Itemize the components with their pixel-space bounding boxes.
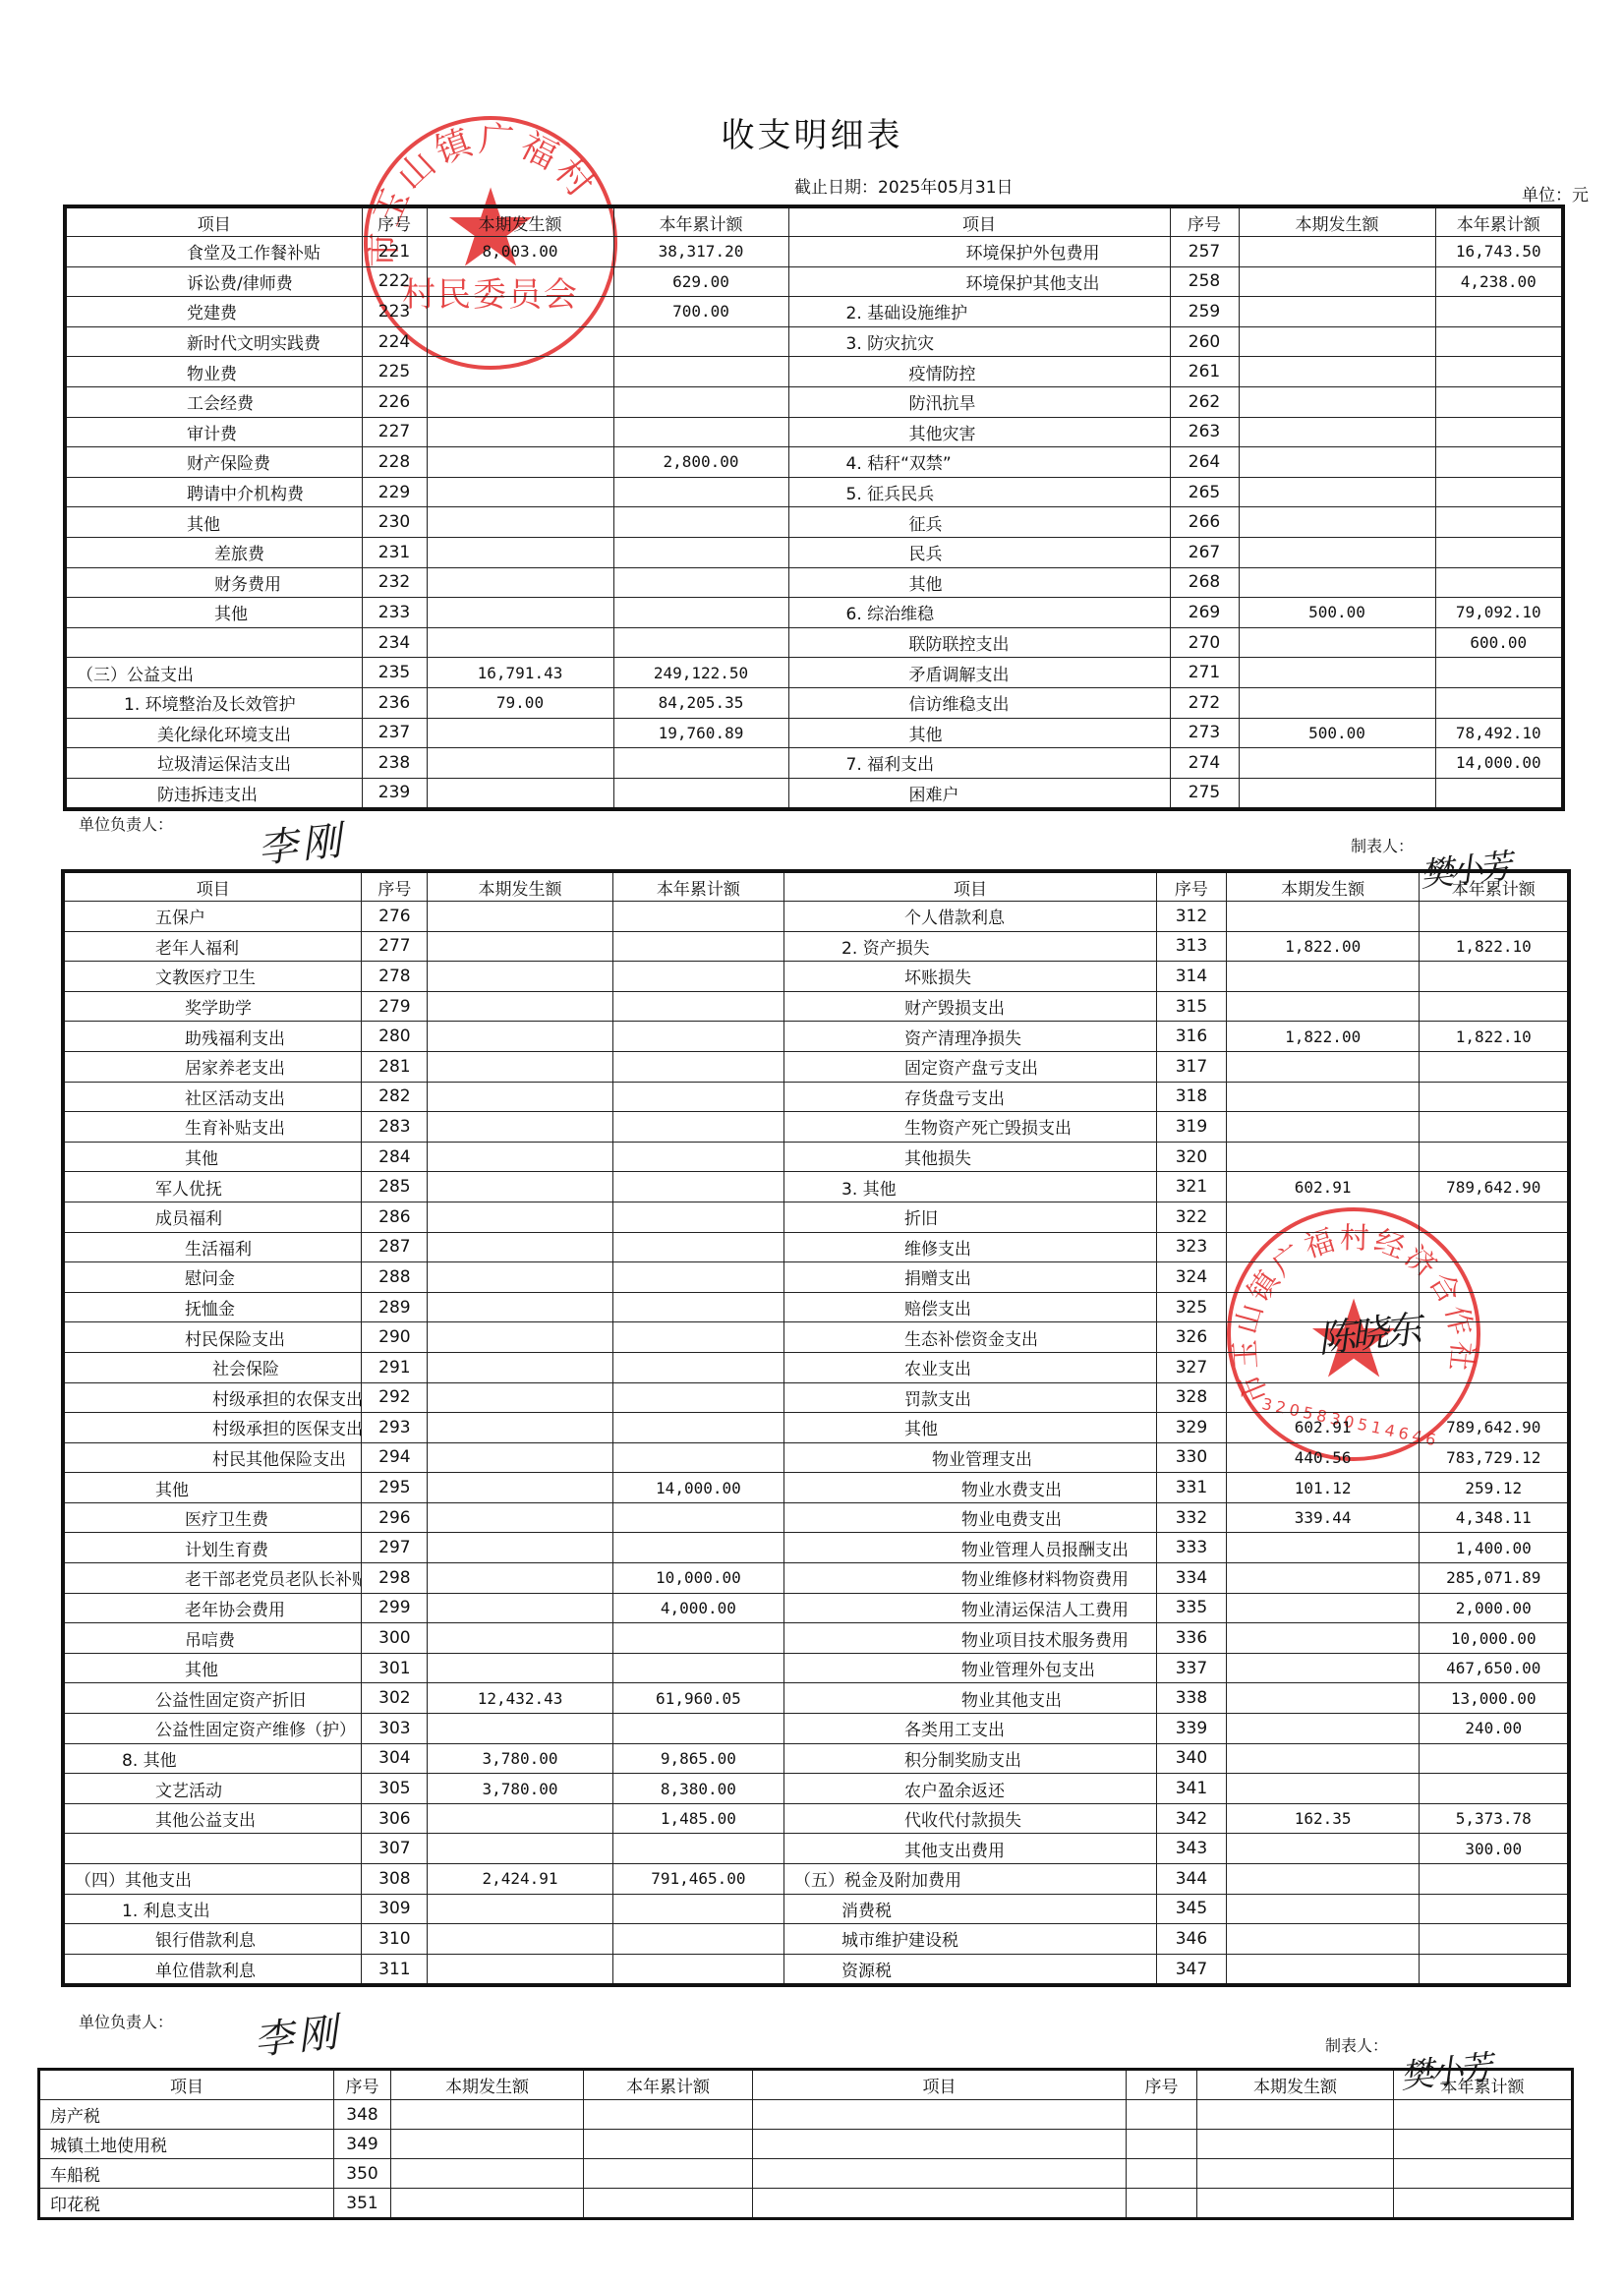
row-period-amount [1239, 326, 1435, 357]
row-ytd-amount [1435, 386, 1563, 417]
row-no: 271 [1170, 658, 1239, 688]
row-item: 8. 其他 [63, 1743, 362, 1774]
row-no [1127, 2100, 1197, 2130]
row-period-amount [1197, 2159, 1394, 2189]
row-ytd-amount [612, 902, 783, 932]
row-item: 折旧 [784, 1202, 1157, 1232]
table-row: 村民其他保险支出294物业管理支出330440.56783,729.12 [63, 1442, 1569, 1473]
row-no: 283 [362, 1112, 428, 1143]
row-no: 231 [362, 537, 427, 567]
row-period-amount [1226, 1051, 1420, 1082]
table-row: 社区活动支出282存货盘亏支出318 [63, 1082, 1569, 1112]
row-item: 审计费 [65, 417, 362, 447]
row-period-amount [1226, 1232, 1420, 1262]
table-row: 城镇土地使用税349 [39, 2130, 1573, 2159]
row-item: 其他 [63, 1473, 362, 1503]
row-period-amount [427, 627, 613, 658]
row-ytd-amount [613, 598, 788, 628]
col-period-header: 本期发生额 [391, 2070, 584, 2100]
row-ytd-amount: 789,642.90 [1420, 1172, 1569, 1202]
row-no: 238 [362, 748, 427, 779]
table-row: 其他230征兵266 [65, 507, 1563, 538]
row-ytd-amount [612, 1954, 783, 1985]
row-item: 差旅费 [65, 537, 362, 567]
row-ytd-amount [613, 507, 788, 538]
row-period-amount [1226, 1683, 1420, 1714]
row-ytd-amount [1435, 778, 1563, 809]
row-ytd-amount [612, 1292, 783, 1322]
row-item: 其他损失 [784, 1142, 1157, 1172]
row-no: 234 [362, 627, 427, 658]
row-period-amount [427, 417, 613, 447]
row-period-amount [1226, 991, 1420, 1022]
row-ytd-amount: 13,000.00 [1420, 1683, 1569, 1714]
row-no: 265 [1170, 477, 1239, 507]
row-no: 221 [362, 237, 427, 267]
row-item: 2. 基础设施维护 [788, 297, 1170, 327]
row-no: 225 [362, 357, 427, 387]
row-period-amount [1239, 687, 1435, 718]
row-no: 282 [362, 1082, 428, 1112]
col-item-header: 项目 [753, 2070, 1127, 2100]
row-item: 罚款支出 [784, 1382, 1157, 1413]
table-row: 医疗卫生费296物业电费支出332339.444,348.11 [63, 1502, 1569, 1533]
col-item-header: 项目 [39, 2070, 334, 2100]
row-item: 财务费用 [65, 567, 362, 598]
row-no: 343 [1156, 1834, 1226, 1864]
table-row: 成员福利286折旧322 [63, 1202, 1569, 1232]
row-no: 310 [362, 1924, 428, 1955]
row-no: 280 [362, 1022, 428, 1052]
row-no: 275 [1170, 778, 1239, 809]
row-ytd-amount [1420, 1954, 1569, 1985]
row-period-amount [428, 1232, 612, 1262]
row-period-amount [427, 598, 613, 628]
row-item: 资源税 [784, 1954, 1157, 1985]
row-item: 银行借款利息 [63, 1924, 362, 1955]
table-row: 差旅费231民兵267 [65, 537, 1563, 567]
row-period-amount [1226, 1142, 1420, 1172]
row-ytd-amount [612, 1533, 783, 1563]
row-no: 320 [1156, 1142, 1226, 1172]
row-item: 5. 征兵民兵 [788, 477, 1170, 507]
row-period-amount [428, 931, 612, 962]
row-ytd-amount [1435, 326, 1563, 357]
table-row: 食堂及工作餐补贴2218,003.0038,317.20环境保护外包费用2571… [65, 237, 1563, 267]
row-period-amount: 3,780.00 [428, 1774, 612, 1804]
row-period-amount [428, 1413, 612, 1443]
table-row: 军人优抚2853. 其他321602.91789,642.90 [63, 1172, 1569, 1202]
row-item: 矛盾调解支出 [788, 658, 1170, 688]
row-ytd-amount [1394, 2130, 1573, 2159]
row-ytd-amount: 61,960.05 [612, 1683, 783, 1714]
row-period-amount [1226, 1834, 1420, 1864]
responsible-label: 单位负责人： [79, 2010, 173, 2032]
row-ytd-amount [1420, 902, 1569, 932]
row-no: 341 [1156, 1774, 1226, 1804]
row-item: 公益性固定资产折旧 [63, 1683, 362, 1714]
row-ytd-amount: 285,071.89 [1420, 1563, 1569, 1594]
row-ytd-amount [613, 417, 788, 447]
row-period-amount [1226, 1262, 1420, 1293]
row-no: 313 [1156, 931, 1226, 962]
row-item: 积分制奖励支出 [784, 1743, 1157, 1774]
row-period-amount [428, 1112, 612, 1143]
row-ytd-amount: 9,865.00 [612, 1743, 783, 1774]
row-item: 老年协会费用 [63, 1593, 362, 1623]
col-no-header: 序号 [1170, 206, 1239, 237]
row-period-amount [1239, 537, 1435, 567]
row-period-amount [428, 1051, 612, 1082]
row-ytd-amount [1420, 991, 1569, 1022]
row-no: 321 [1156, 1172, 1226, 1202]
table-row: 吊唁费300物业项目技术服务费用33610,000.00 [63, 1623, 1569, 1654]
table-row: 其他29514,000.00物业水费支出331101.12259.12 [63, 1473, 1569, 1503]
table-row: 其他2336. 综治维稳269500.0079,092.10 [65, 598, 1563, 628]
row-ytd-amount [613, 357, 788, 387]
row-item: 征兵 [788, 507, 1170, 538]
row-item [753, 2100, 1127, 2130]
row-period-amount [1239, 748, 1435, 779]
col-no-header: 序号 [362, 871, 428, 902]
row-no: 323 [1156, 1232, 1226, 1262]
row-item: 防汛抗旱 [788, 386, 1170, 417]
row-ytd-amount [612, 962, 783, 992]
row-ytd-amount [1420, 1051, 1569, 1082]
row-item: 环境保护外包费用 [788, 237, 1170, 267]
row-no: 294 [362, 1442, 428, 1473]
row-period-amount [1226, 1714, 1420, 1744]
preparer-label: 制表人： [1351, 834, 1414, 856]
row-item: 物业维修材料物资费用 [784, 1563, 1157, 1594]
row-item: 6. 综治维稳 [788, 598, 1170, 628]
row-period-amount [427, 386, 613, 417]
row-ytd-amount [1435, 537, 1563, 567]
row-no: 299 [362, 1593, 428, 1623]
row-period-amount [428, 1352, 612, 1382]
table-row: 五保户276个人借款利息312 [63, 902, 1569, 932]
row-item: 7. 福利支出 [788, 748, 1170, 779]
row-ytd-amount [1435, 567, 1563, 598]
row-item: 城市维护建设税 [784, 1924, 1157, 1955]
row-no: 261 [1170, 357, 1239, 387]
row-ytd-amount: 14,000.00 [612, 1473, 783, 1503]
row-item: 其他 [65, 598, 362, 628]
row-period-amount [391, 2100, 584, 2130]
row-ytd-amount: 14,000.00 [1435, 748, 1563, 779]
row-no: 322 [1156, 1202, 1226, 1232]
row-period-amount: 500.00 [1239, 598, 1435, 628]
table-row: 垃圾清运保洁支出2387. 福利支出27414,000.00 [65, 748, 1563, 779]
row-ytd-amount [1394, 2159, 1573, 2189]
row-no: 336 [1156, 1623, 1226, 1654]
row-ytd-amount [1420, 1202, 1569, 1232]
row-period-amount [1226, 1924, 1420, 1955]
row-item: 财产保险费 [65, 447, 362, 478]
row-item: 社会保险 [63, 1352, 362, 1382]
row-period-amount [428, 1382, 612, 1413]
table-row: 物业费225疫情防控261 [65, 357, 1563, 387]
row-period-amount [428, 1262, 612, 1293]
row-ytd-amount: 1,822.10 [1420, 1022, 1569, 1052]
expense-table-page2: 项目序号本期发生额本年累计额项目序号本期发生额本年累计额五保户276个人借款利息… [61, 869, 1571, 1987]
row-ytd-amount: 78,492.10 [1435, 718, 1563, 748]
row-ytd-amount: 16,743.50 [1435, 237, 1563, 267]
row-no: 287 [362, 1232, 428, 1262]
row-ytd-amount [613, 748, 788, 779]
row-ytd-amount: 259.12 [1420, 1473, 1569, 1503]
row-period-amount [1226, 1563, 1420, 1594]
row-ytd-amount [1420, 1082, 1569, 1112]
row-period-amount [428, 962, 612, 992]
row-period-amount [1197, 2100, 1394, 2130]
row-no: 272 [1170, 687, 1239, 718]
row-item: 农户盈余返还 [784, 1774, 1157, 1804]
row-no: 230 [362, 507, 427, 538]
table-row: 房产税348 [39, 2100, 1573, 2130]
row-no: 289 [362, 1292, 428, 1322]
row-item: 房产税 [39, 2100, 334, 2130]
row-no: 306 [362, 1803, 428, 1834]
row-item [65, 627, 362, 658]
row-item: 3. 防灾抗灾 [788, 326, 1170, 357]
row-no [1127, 2130, 1197, 2159]
row-ytd-amount [613, 567, 788, 598]
row-no: 314 [1156, 962, 1226, 992]
row-no: 319 [1156, 1112, 1226, 1143]
row-no: 229 [362, 477, 427, 507]
table-row: 老干部老党员老队长补贴29810,000.00物业维修材料物资费用334285,… [63, 1563, 1569, 1594]
row-period-amount [427, 297, 613, 327]
row-ytd-amount [1420, 1142, 1569, 1172]
row-no: 335 [1156, 1593, 1226, 1623]
table-row: 307其他支出费用343300.00 [63, 1834, 1569, 1864]
row-ytd-amount [1420, 1743, 1569, 1774]
row-period-amount [1239, 297, 1435, 327]
row-item: 农业支出 [784, 1352, 1157, 1382]
table-row: 其他284其他损失320 [63, 1142, 1569, 1172]
table-row: 防违拆违支出239困难户275 [65, 778, 1563, 809]
row-no: 296 [362, 1502, 428, 1533]
row-period-amount [427, 748, 613, 779]
row-no: 279 [362, 991, 428, 1022]
row-ytd-amount [1420, 1864, 1569, 1895]
col-period-header: 本期发生额 [1197, 2070, 1394, 2100]
cutoff-date: 截止日期：2025年05月31日 [794, 173, 1014, 198]
row-item: 3. 其他 [784, 1172, 1157, 1202]
row-item [63, 1834, 362, 1864]
row-ytd-amount [1435, 507, 1563, 538]
row-period-amount [1239, 417, 1435, 447]
table-row: 文教医疗卫生278坏账损失314 [63, 962, 1569, 992]
row-ytd-amount [612, 1653, 783, 1683]
row-no: 267 [1170, 537, 1239, 567]
row-ytd-amount [612, 1894, 783, 1924]
table-row: 村级承担的医保支出293其他329602.91789,642.90 [63, 1413, 1569, 1443]
page-title: 收支明细表 [0, 108, 1624, 156]
row-period-amount [428, 1442, 612, 1473]
row-ytd-amount [1435, 357, 1563, 387]
row-item: 奖学助学 [63, 991, 362, 1022]
row-period-amount: 602.91 [1226, 1172, 1420, 1202]
row-no: 259 [1170, 297, 1239, 327]
table-row: 生育补贴支出283生物资产死亡毁损支出319 [63, 1112, 1569, 1143]
row-ytd-amount [613, 627, 788, 658]
row-no: 333 [1156, 1533, 1226, 1563]
row-ytd-amount [1435, 477, 1563, 507]
col-ytd-header: 本年累计额 [1420, 871, 1569, 902]
row-period-amount [1226, 1623, 1420, 1654]
preparer-label: 制表人： [1325, 2033, 1388, 2056]
row-ytd-amount [584, 2130, 753, 2159]
row-period-amount [391, 2189, 584, 2219]
row-ytd-amount: 2,000.00 [1420, 1593, 1569, 1623]
row-ytd-amount: 4,000.00 [612, 1593, 783, 1623]
row-period-amount [428, 1653, 612, 1683]
row-period-amount: 16,791.43 [427, 658, 613, 688]
row-ytd-amount: 600.00 [1435, 627, 1563, 658]
row-ytd-amount: 300.00 [1420, 1834, 1569, 1864]
col-no-header: 序号 [334, 2070, 391, 2100]
row-no: 307 [362, 1834, 428, 1864]
row-ytd-amount: 5,373.78 [1420, 1803, 1569, 1834]
row-item: 军人优抚 [63, 1172, 362, 1202]
row-period-amount: 101.12 [1226, 1473, 1420, 1503]
row-item: 物业费 [65, 357, 362, 387]
row-item: 工会经费 [65, 386, 362, 417]
row-item [753, 2189, 1127, 2219]
col-period-header: 本期发生额 [1239, 206, 1435, 237]
row-item: 1. 利息支出 [63, 1894, 362, 1924]
currency-unit: 单位：元 [1522, 181, 1589, 205]
row-ytd-amount [612, 1022, 783, 1052]
row-period-amount [428, 1473, 612, 1503]
row-ytd-amount [612, 1142, 783, 1172]
table-header-row: 项目序号本期发生额本年累计额项目序号本期发生额本年累计额 [65, 206, 1563, 237]
row-ytd-amount [612, 1112, 783, 1143]
expense-table-page1: 项目序号本期发生额本年累计额项目序号本期发生额本年累计额食堂及工作餐补贴2218… [63, 205, 1565, 811]
row-no: 236 [362, 687, 427, 718]
row-period-amount [1226, 1593, 1420, 1623]
row-period-amount [1197, 2189, 1394, 2219]
row-item: 赔偿支出 [784, 1292, 1157, 1322]
row-ytd-amount: 84,205.35 [613, 687, 788, 718]
row-ytd-amount: 4,348.11 [1420, 1502, 1569, 1533]
row-no: 235 [362, 658, 427, 688]
row-no: 349 [334, 2130, 391, 2159]
row-period-amount [427, 326, 613, 357]
row-period-amount [428, 1593, 612, 1623]
col-period-header: 本期发生额 [428, 871, 612, 902]
row-no: 303 [362, 1714, 428, 1744]
col-ytd-header: 本年累计额 [584, 2070, 753, 2100]
row-period-amount [427, 447, 613, 478]
row-ytd-amount: 2,800.00 [613, 447, 788, 478]
row-item: 各类用工支出 [784, 1714, 1157, 1744]
row-period-amount [428, 1954, 612, 1985]
row-item: 村级承担的医保支出 [63, 1413, 362, 1443]
row-period-amount: 339.44 [1226, 1502, 1420, 1533]
row-no: 348 [334, 2100, 391, 2130]
table-row: 1. 环境整治及长效管护23679.0084,205.35信访维稳支出272 [65, 687, 1563, 718]
row-period-amount [1226, 1533, 1420, 1563]
row-period-amount [1239, 477, 1435, 507]
row-no: 237 [362, 718, 427, 748]
row-item: 印花税 [39, 2189, 334, 2219]
table-row: 单位借款利息311资源税347 [63, 1954, 1569, 1985]
row-item: 车船税 [39, 2159, 334, 2189]
row-period-amount [428, 1924, 612, 1955]
row-ytd-amount: 8,380.00 [612, 1774, 783, 1804]
row-item: 垃圾清运保洁支出 [65, 748, 362, 779]
row-period-amount [427, 778, 613, 809]
row-item: 村级承担的农保支出 [63, 1382, 362, 1413]
row-ytd-amount [612, 1262, 783, 1293]
row-item: 公益性固定资产维修（护） [63, 1714, 362, 1744]
row-ytd-amount: 629.00 [613, 266, 788, 297]
row-no: 330 [1156, 1442, 1226, 1473]
row-period-amount [428, 991, 612, 1022]
row-ytd-amount [1435, 658, 1563, 688]
row-ytd-amount [1420, 1322, 1569, 1353]
row-item: （五）税金及附加费用 [784, 1864, 1157, 1895]
row-no: 337 [1156, 1653, 1226, 1683]
col-ytd-header: 本年累计额 [1435, 206, 1563, 237]
row-no: 327 [1156, 1352, 1226, 1382]
row-period-amount: 500.00 [1239, 718, 1435, 748]
row-ytd-amount [612, 1442, 783, 1473]
row-period-amount [1239, 627, 1435, 658]
table-row: 新时代文明实践费2243. 防灾抗灾260 [65, 326, 1563, 357]
row-no: 232 [362, 567, 427, 598]
row-period-amount [1226, 1954, 1420, 1985]
row-item: 医疗卫生费 [63, 1502, 362, 1533]
row-ytd-amount [613, 778, 788, 809]
row-period-amount [428, 1292, 612, 1322]
table-row: 居家养老支出281固定资产盘亏支出317 [63, 1051, 1569, 1082]
row-period-amount [1239, 567, 1435, 598]
row-item: 个人借款利息 [784, 902, 1157, 932]
row-period-amount [1239, 658, 1435, 688]
row-period-amount: 1,822.00 [1226, 931, 1420, 962]
table-row: 慰问金288捐赠支出324 [63, 1262, 1569, 1293]
row-ytd-amount [584, 2189, 753, 2219]
row-item: 存货盘亏支出 [784, 1082, 1157, 1112]
row-item: 计划生育费 [63, 1533, 362, 1563]
row-ytd-amount [1435, 447, 1563, 478]
row-no: 291 [362, 1352, 428, 1382]
row-no: 274 [1170, 748, 1239, 779]
row-period-amount [1226, 1112, 1420, 1143]
row-no: 347 [1156, 1954, 1226, 1985]
row-ytd-amount: 1,822.10 [1420, 931, 1569, 962]
row-period-amount [428, 1022, 612, 1052]
row-item: 4. 秸秆“双禁” [788, 447, 1170, 478]
table-row: 助残福利支出280资产清理净损失3161,822.001,822.10 [63, 1022, 1569, 1052]
col-period-header: 本期发生额 [427, 206, 613, 237]
row-ytd-amount: 700.00 [613, 297, 788, 327]
row-ytd-amount [613, 477, 788, 507]
row-item: 诉讼费/律师费 [65, 266, 362, 297]
row-no: 263 [1170, 417, 1239, 447]
row-ytd-amount [612, 1623, 783, 1654]
row-ytd-amount: 19,760.89 [613, 718, 788, 748]
table-header-row: 项目序号本期发生额本年累计额项目序号本期发生额本年累计额 [63, 871, 1569, 902]
row-no: 228 [362, 447, 427, 478]
row-item: 其他公益支出 [63, 1803, 362, 1834]
row-ytd-amount [612, 1172, 783, 1202]
row-period-amount [391, 2130, 584, 2159]
